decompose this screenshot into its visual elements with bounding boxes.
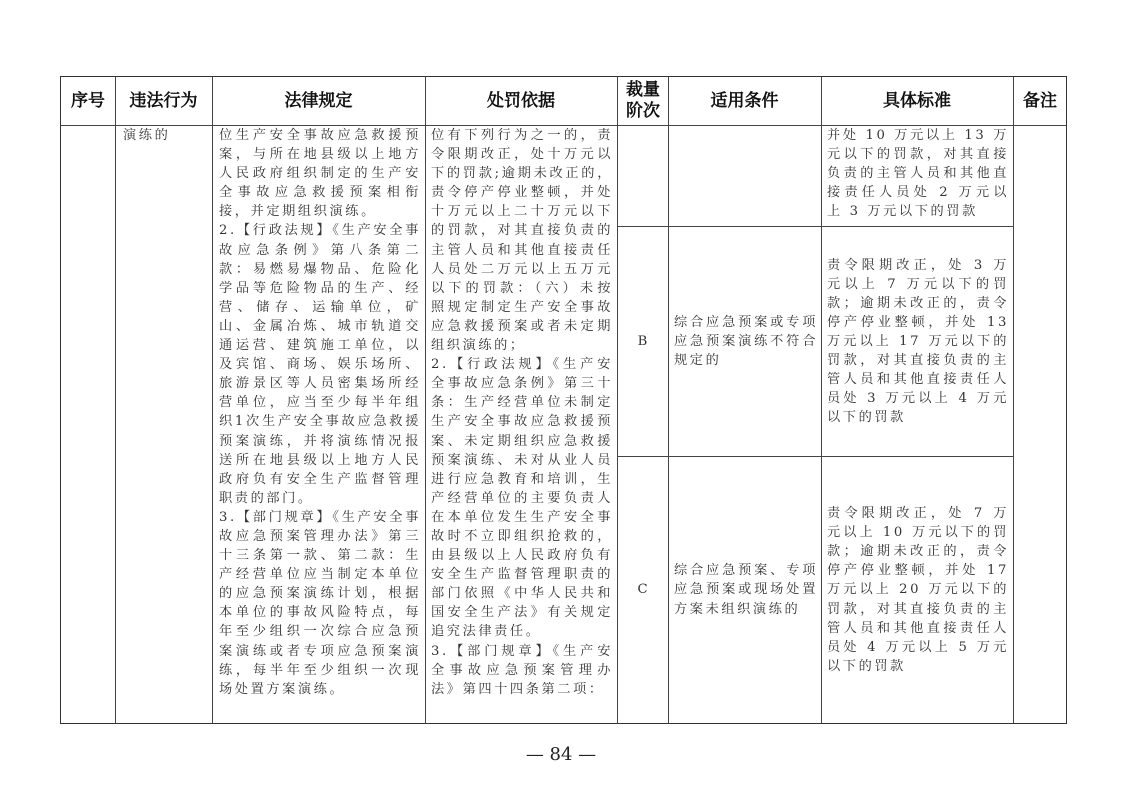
standard-cell-b: 责令限期改正，处 3 万元以上 7 万元以下的罚款；逾期未改正的，责令停产停业整… [827, 227, 1009, 456]
header-serial: 序号 [61, 77, 115, 125]
condition-cell-b: 综合应急预案或专项应急预案演练不符合规定的 [674, 227, 818, 456]
legal-provision-2: 2.【行政法规】《生产安全事故应急条例》第八条第二款：易燃易爆物品、危险化学品等… [219, 221, 421, 507]
header-violation: 违法行为 [115, 77, 212, 125]
header-penalty-basis: 处罚依据 [425, 77, 617, 125]
column-divider [668, 77, 669, 723]
legal-provision-3: 3.【部门规章】《生产安全事故应急预案管理办法》第三十三条第一款、第二款：生产经… [219, 508, 421, 699]
penalty-basis-2: 2.【行政法规】《生产安全事故应急条例》第三十条：生产经营单位未制定生产安全事故… [431, 355, 613, 641]
standard-c-text: 责令限期改正，处 7 万元以上 10 万元以下的罚款；逾期未改正的，责令停产停业… [827, 504, 1009, 676]
column-divider [1013, 77, 1014, 723]
column-divider [212, 77, 213, 723]
column-divider [821, 77, 822, 723]
column-divider [115, 77, 116, 723]
condition-b-text: 综合应急预案或专项应急预案演练不符合规定的 [674, 313, 818, 370]
penalty-basis-cell: 位有下列行为之一的，责令限期改正，处十万元以下的罚款;逾期未改正的，责令停产停业… [431, 126, 613, 699]
level-b-cell: B [617, 227, 668, 456]
level-c-cell: C [617, 457, 668, 723]
header-legal-provisions: 法律规定 [212, 77, 425, 125]
penalty-table: 序号 违法行为 法律规定 处罚依据 裁量阶次 适用条件 具体标准 备注 演练的 … [60, 76, 1067, 724]
column-divider [425, 77, 426, 723]
header-applicable-condition: 适用条件 [668, 77, 821, 125]
condition-c-text: 综合应急预案、专项应急预案或现场处置方案未组织演练的 [674, 561, 818, 618]
header-discretion-level: 裁量阶次 [621, 77, 665, 125]
standard-b-text: 责令限期改正，处 3 万元以上 7 万元以下的罚款；逾期未改正的，责令停产停业整… [827, 256, 1009, 428]
page-number: — 84 — [0, 744, 1122, 765]
violation-cell: 演练的 [123, 126, 209, 145]
legal-provision-1: 位生产安全事故应急救援预案，与所在地县级以上地方人民政府组织制定的生产安全事故应… [219, 126, 421, 221]
header-remark: 备注 [1013, 77, 1067, 125]
standard-cell-c: 责令限期改正，处 7 万元以上 10 万元以下的罚款；逾期未改正的，责令停产停业… [827, 457, 1009, 723]
condition-cell-c: 综合应急预案、专项应急预案或现场处置方案未组织演练的 [674, 457, 818, 723]
penalty-basis-1: 位有下列行为之一的，责令限期改正，处十万元以下的罚款;逾期未改正的，责令停产停业… [431, 126, 613, 355]
standard-cell-a: 并处 10 万元以上 13 万元以下的罚款，对其直接负责的主管人员和其他直接责任… [827, 126, 1009, 221]
penalty-basis-3: 3.【部门规章】《生产安全事故应急预案管理办法》第四十四条第二项： [431, 642, 613, 699]
legal-provisions-cell: 位生产安全事故应急救援预案，与所在地县级以上地方人民政府组织制定的生产安全事故应… [219, 126, 421, 699]
header-specific-standard: 具体标准 [821, 77, 1013, 125]
